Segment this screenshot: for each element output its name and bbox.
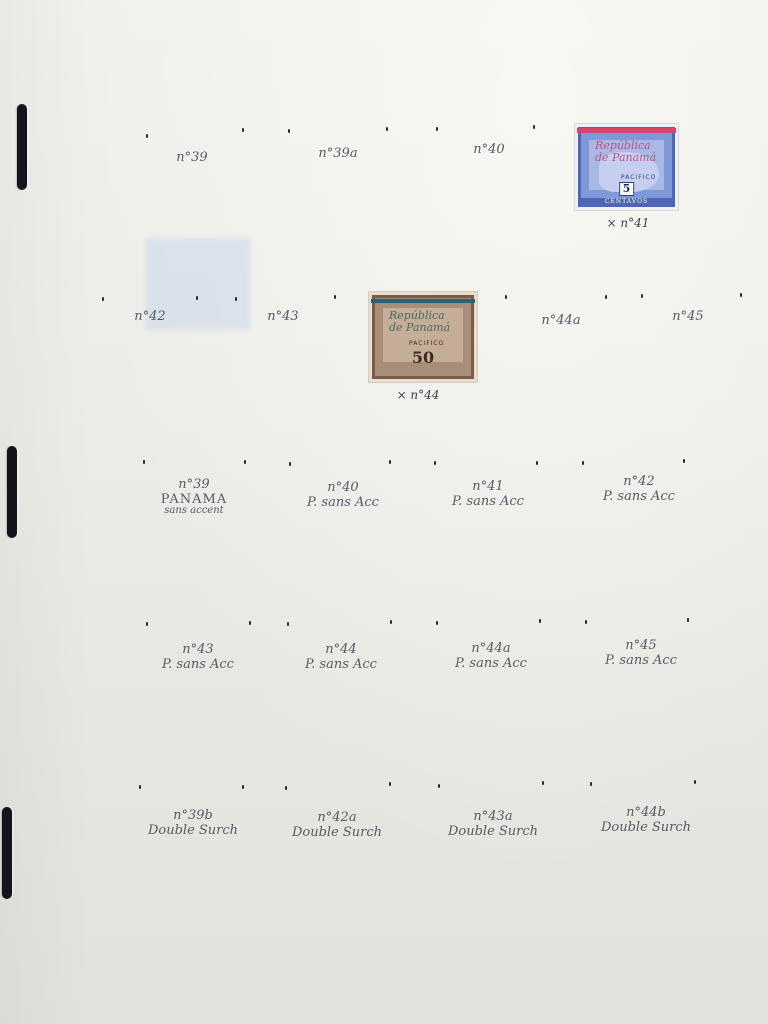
corner-mark: [505, 295, 507, 299]
stamp-map-text: PACIFICO: [409, 340, 444, 347]
corner-mark: [694, 780, 696, 784]
slot-label: n°44a P. sans Acc: [455, 641, 527, 671]
corner-mark: [390, 620, 392, 624]
corner-mark: [536, 461, 538, 465]
slot-label: n°43a Double Surch: [448, 809, 538, 839]
variety-note: P. sans Acc: [455, 656, 527, 671]
corner-mark: [740, 293, 742, 297]
stamp-value: 5: [619, 182, 635, 196]
slot-label: n°42a Double Surch: [292, 810, 382, 840]
slot-label: n°44a: [541, 313, 580, 328]
stamp-map-text: PACIFICO: [621, 174, 656, 181]
variety-note: Double Surch: [148, 823, 238, 838]
catalog-number: n°43: [267, 309, 298, 324]
slot-label: n°44 P. sans Acc: [305, 642, 377, 672]
slot-label: n°40: [473, 142, 504, 157]
corner-mark: [389, 782, 391, 786]
catalog-number: n°39b: [173, 808, 213, 823]
binder-hole-middle: [7, 446, 17, 538]
corner-mark: [289, 462, 291, 466]
variety-note: P. sans Acc: [307, 495, 379, 510]
binder-hole-top: [17, 104, 27, 190]
variety-note: P. sans Acc: [162, 657, 234, 672]
slot-label: n°44b Double Surch: [601, 805, 691, 835]
stamp-caption: × n°44: [397, 388, 440, 402]
corner-mark: [285, 786, 287, 790]
overprint-bar: [577, 128, 676, 133]
corner-mark: [244, 460, 246, 464]
stamp-caption: × n°41: [607, 216, 650, 230]
corner-mark: [242, 128, 244, 132]
slot-label: n°39 PANAMA sans accent: [161, 477, 227, 516]
stamp-value: 50: [412, 350, 434, 366]
variety-note: P. sans Acc: [603, 489, 675, 504]
corner-mark: [249, 621, 251, 625]
corner-mark: [438, 784, 440, 788]
catalog-number: n°43a: [473, 809, 512, 824]
corner-mark: [386, 127, 388, 131]
slot-label: n°39b Double Surch: [148, 808, 238, 838]
slot-label: n°42: [134, 309, 165, 324]
corner-mark: [146, 134, 148, 138]
corner-mark: [434, 461, 436, 465]
binder-hole-bottom: [2, 807, 12, 899]
catalog-number: n°40: [473, 142, 504, 157]
stamp-overprint: Repúblicade Panamá: [595, 140, 656, 164]
corner-mark: [146, 622, 148, 626]
catalog-number: n°45: [625, 638, 656, 653]
slot-label: n°43 P. sans Acc: [162, 642, 234, 672]
variety-note: P. sans Acc: [305, 657, 377, 672]
catalog-number: n°39: [176, 150, 207, 165]
corner-mark: [542, 781, 544, 785]
slot-label: n°43: [267, 309, 298, 324]
variety-note: Double Surch: [448, 824, 538, 839]
corner-mark: [139, 785, 141, 789]
corner-mark: [590, 782, 592, 786]
corner-mark: [334, 295, 336, 299]
catalog-number: n°40: [327, 480, 358, 495]
variety-note: Double Surch: [601, 820, 691, 835]
corner-mark: [533, 125, 535, 129]
catalog-number: n°44b: [626, 805, 666, 820]
variety-note: Double Surch: [292, 825, 382, 840]
corner-mark: [143, 460, 145, 464]
corner-mark: [235, 297, 237, 301]
catalog-number: n°39a: [318, 146, 357, 161]
stamp-overprint: Repúblicade Panamá: [389, 310, 450, 334]
slot-label: n°39a: [318, 146, 357, 161]
corner-mark: [436, 621, 438, 625]
corner-mark: [102, 297, 104, 301]
catalog-number: n°44: [325, 642, 356, 657]
corner-mark: [389, 460, 391, 464]
corner-mark: [585, 620, 587, 624]
corner-mark: [196, 296, 198, 300]
stamp-n41: Repúblicade Panamá PACIFICO 5 CENTAVOS: [575, 124, 678, 210]
overprint-bar: [371, 299, 475, 303]
corner-mark: [641, 294, 643, 298]
stamp-n44: Repúblicade Panamá PACIFICO 50: [369, 292, 477, 382]
corner-mark: [539, 619, 541, 623]
variety-subnote: sans accent: [161, 505, 227, 516]
catalog-number: n°44a: [471, 641, 510, 656]
stamp-denomination-text: CENTAVOS: [581, 198, 672, 205]
variety-note: P. sans Acc: [452, 494, 524, 509]
corner-mark: [605, 295, 607, 299]
catalog-number: n°42a: [317, 810, 356, 825]
slot-label: n°45 P. sans Acc: [605, 638, 677, 668]
corner-mark: [687, 618, 689, 622]
slot-label: n°42 P. sans Acc: [603, 474, 675, 504]
corner-mark: [242, 785, 244, 789]
variety-note: P. sans Acc: [605, 653, 677, 668]
corner-mark: [288, 129, 290, 133]
catalog-number: n°44a: [541, 313, 580, 328]
corner-mark: [683, 459, 685, 463]
catalog-number: n°42: [134, 309, 165, 324]
catalog-number: n°45: [672, 309, 703, 324]
catalog-number: n°42: [623, 474, 654, 489]
slot-label: n°45: [672, 309, 703, 324]
corner-mark: [582, 461, 584, 465]
catalog-number: n°43: [182, 642, 213, 657]
catalog-number: n°39: [178, 477, 209, 492]
slot-label: n°40 P. sans Acc: [307, 480, 379, 510]
catalog-number: n°41: [472, 479, 503, 494]
corner-mark: [287, 622, 289, 626]
corner-mark: [436, 127, 438, 131]
slot-label: n°39: [176, 150, 207, 165]
slot-label: n°41 P. sans Acc: [452, 479, 524, 509]
